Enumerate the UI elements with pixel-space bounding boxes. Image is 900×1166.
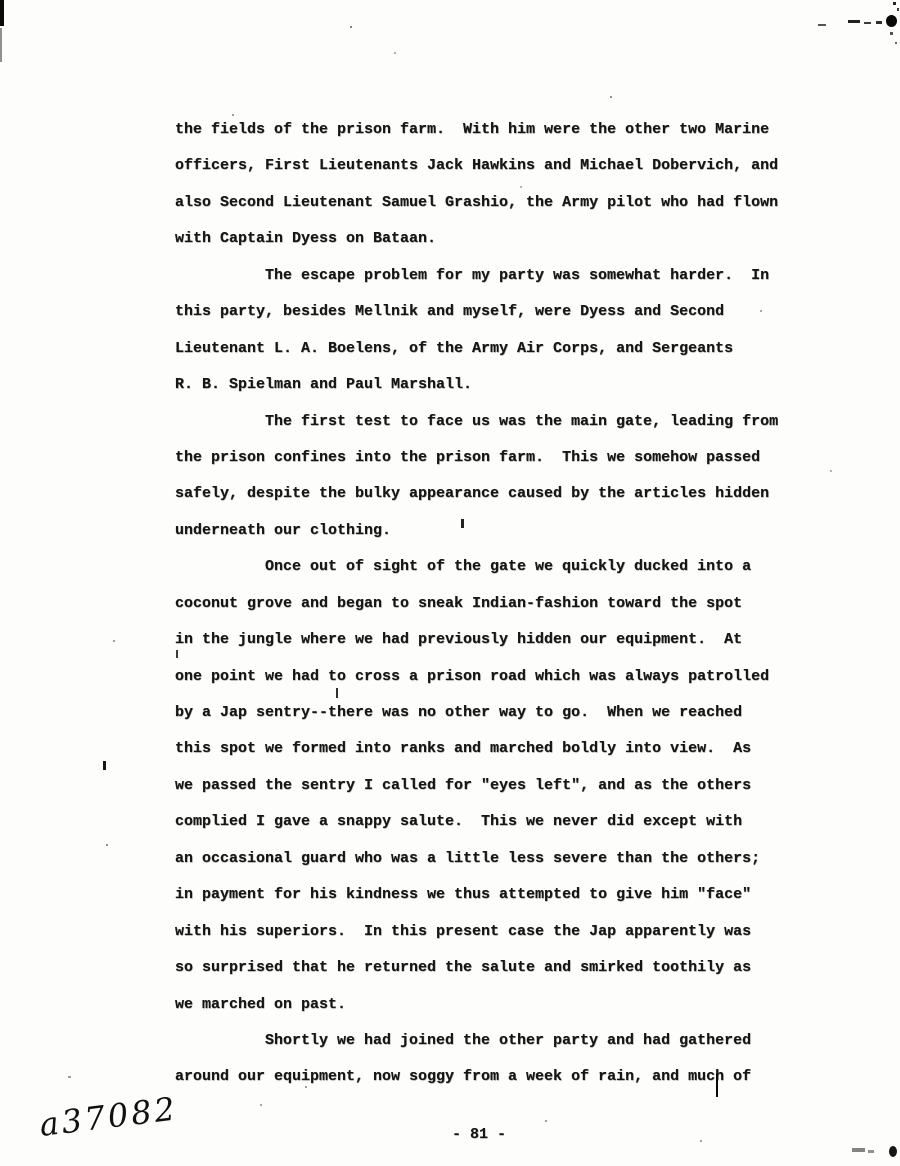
- text-line: with his superiors. In this present case…: [175, 914, 815, 950]
- noise-speck: [818, 24, 826, 26]
- handwritten-annotation: a37082: [37, 1089, 179, 1144]
- noise-speck: [0, 28, 2, 62]
- noise-speck: [889, 1146, 897, 1157]
- text-line: by a Jap sentry--there was no other way …: [175, 695, 815, 731]
- text-line: Shortly we had joined the other party an…: [175, 1023, 815, 1059]
- text-line: with Captain Dyess on Bataan.: [175, 221, 815, 257]
- text-line: The escape problem for my party was some…: [175, 258, 815, 294]
- text-line: one point we had to cross a prison road …: [175, 659, 815, 695]
- noise-speck: [394, 52, 396, 54]
- text-line: in payment for his kindness we thus atte…: [175, 877, 815, 913]
- noise-speck: [886, 15, 897, 27]
- noise-speck: [897, 8, 899, 11]
- text-line: underneath our clothing.: [175, 513, 815, 549]
- text-line: this party, besides Mellnik and myself, …: [175, 294, 815, 330]
- noise-speck: [893, 2, 896, 5]
- noise-speck: [868, 1150, 874, 1153]
- text-line: in the jungle where we had previously hi…: [175, 622, 815, 658]
- text-line: safely, despite the bulky appearance cau…: [175, 476, 815, 512]
- noise-speck: [852, 1148, 865, 1152]
- noise-speck: [610, 96, 612, 98]
- noise-speck: [876, 21, 882, 24]
- noise-speck: [700, 1140, 702, 1142]
- text-line: we passed the sentry I called for "eyes …: [175, 768, 815, 804]
- noise-speck: [760, 310, 762, 312]
- text-line: the fields of the prison farm. With him …: [175, 112, 815, 148]
- text-line: Lieutenant L. A. Boelens, of the Army Ai…: [175, 331, 815, 367]
- noise-speck: [68, 1076, 71, 1078]
- typed-text-block: the fields of the prison farm. With him …: [175, 112, 815, 1096]
- text-line: this spot we formed into ranks and march…: [175, 731, 815, 767]
- text-line: around our equipment, now soggy from a w…: [175, 1059, 815, 1095]
- text-line: we marched on past.: [175, 987, 815, 1023]
- noise-speck: [545, 1120, 547, 1122]
- noise-speck: [830, 470, 832, 472]
- noise-speck: [461, 519, 464, 528]
- noise-speck: [864, 22, 871, 24]
- text-line: The first test to face us was the main g…: [175, 404, 815, 440]
- noise-speck: [848, 20, 860, 23]
- noise-speck: [106, 844, 108, 846]
- noise-speck: [890, 32, 893, 35]
- noise-speck: [232, 114, 234, 116]
- text-line: Once out of sight of the gate we quickly…: [175, 549, 815, 585]
- noise-speck: [716, 1074, 718, 1097]
- noise-speck: [0, 0, 4, 26]
- text-line: an occasional guard who was a little les…: [175, 841, 815, 877]
- document-page: the fields of the prison farm. With him …: [0, 0, 900, 1166]
- text-line: also Second Lieutenant Samuel Grashio, t…: [175, 185, 815, 221]
- noise-speck: [895, 42, 897, 44]
- text-line: complied I gave a snappy salute. This we…: [175, 804, 815, 840]
- noise-speck: [520, 186, 522, 188]
- noise-speck: [336, 688, 338, 698]
- noise-speck: [103, 761, 106, 770]
- text-line: officers, First Lieutenants Jack Hawkins…: [175, 148, 815, 184]
- noise-speck: [260, 1104, 262, 1106]
- noise-speck: [113, 640, 115, 642]
- noise-speck: [350, 26, 352, 28]
- text-line: coconut grove and began to sneak Indian-…: [175, 586, 815, 622]
- noise-speck: [176, 650, 178, 658]
- noise-speck: [305, 1086, 307, 1088]
- page-number: - 81 -: [452, 1126, 506, 1143]
- text-line: the prison confines into the prison farm…: [175, 440, 815, 476]
- text-line: R. B. Spielman and Paul Marshall.: [175, 367, 815, 403]
- text-line: so surprised that he returned the salute…: [175, 950, 815, 986]
